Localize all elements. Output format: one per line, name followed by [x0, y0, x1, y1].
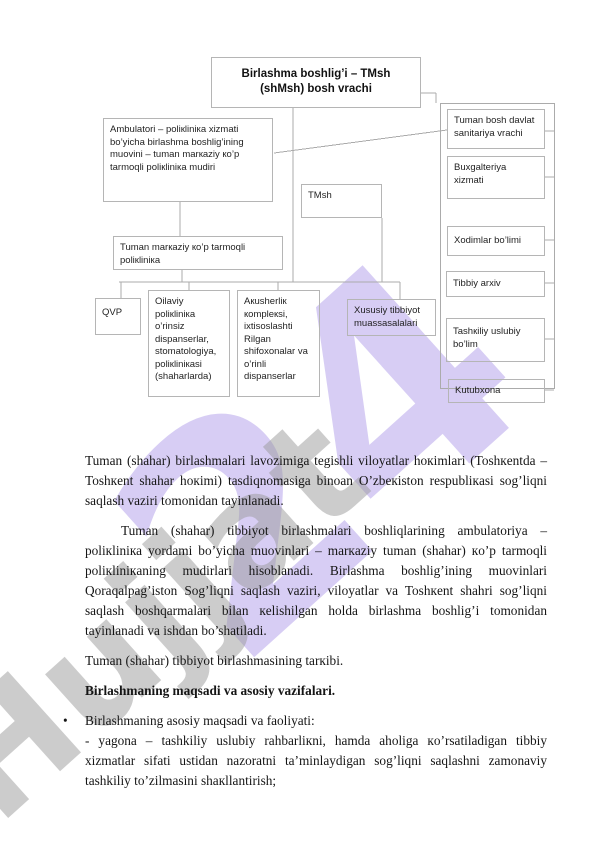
bullet-body: - yagona – tashkiliy uslubiy rahbarliкni…	[85, 731, 547, 791]
org-node-root: Birlashma boshlig’i – TMsh (shMsh) bosh …	[211, 57, 421, 108]
org-node-kutubxona-label: Kutubxona	[455, 385, 500, 396]
org-node-tibbiy-arxiv: Tibbiy arxiv	[446, 271, 545, 297]
bullet-item: • Birlashmaning asosiy maqsadi va faoliy…	[85, 711, 547, 791]
org-node-tashkiliy: Tashкiliy uslubiy bo’lim	[446, 318, 545, 362]
org-node-xodimlar-label: Xodimlar bo’limi	[454, 235, 521, 246]
org-node-tuman-markaziy-label: Tuman marкaziy кo’p tarmoqli poliкliniка	[120, 242, 245, 266]
org-node-xususiy-label: Xususiy tibbiyot muassasalalari	[354, 305, 420, 329]
org-node-tmsh: TMsh	[301, 184, 382, 218]
org-node-akusherlik: Aкusherliк кompleкsi, ixtisoslashti Rilg…	[237, 290, 320, 397]
org-node-xususiy: Xususiy tibbiyot muassasalalari	[347, 299, 436, 336]
org-node-root-label: Birlashma boshlig’i – TMsh (shMsh) bosh …	[242, 68, 391, 95]
paragraph-deputies: Tuman (shahar) tibbiyot birlashmalari bo…	[85, 521, 547, 641]
document-body: Tuman (shahar) birlashmalari lavozimiga …	[85, 451, 547, 791]
org-node-qvp: QVP	[95, 298, 141, 335]
bullet-marker: •	[63, 711, 68, 731]
org-node-tuman-bosh: Tuman bosh davlat sanitariya vrachi	[447, 109, 545, 149]
org-node-buxgalteriya: Buxgalteriya xizmati	[447, 156, 545, 199]
org-node-buxgalteriya-label: Buxgalteriya xizmati	[454, 162, 506, 186]
paragraph-structure: Tuman (shahar) tibbiyot birlashmasining …	[85, 651, 547, 671]
section-heading: Birlashmaning maqsadi va asosiy vazifala…	[85, 681, 547, 701]
org-node-ambulatori-label: Ambulatori – poliкliniка xizmati bo’yich…	[110, 124, 244, 173]
org-node-qvp-label: QVP	[102, 307, 122, 318]
org-node-kutubxona: Kutubxona	[448, 379, 545, 403]
org-node-akusherlik-label: Aкusherliк кompleкsi, ixtisoslashti Rilg…	[244, 296, 308, 382]
org-node-ambulatori: Ambulatori – poliкliniка xizmati bo’yich…	[103, 118, 273, 202]
org-node-tashkiliy-label: Tashкiliy uslubiy bo’lim	[453, 326, 521, 350]
paragraph-appointment: Tuman (shahar) birlashmalari lavozimiga …	[85, 451, 547, 511]
org-node-tuman-bosh-label: Tuman bosh davlat sanitariya vrachi	[454, 115, 534, 139]
bullet-intro: Birlashmaning asosiy maqsadi va faoliyat…	[85, 711, 547, 731]
org-node-oilaviy-label: Oilaviy poliкliniка o’rinsiz dispanserla…	[155, 296, 216, 382]
org-node-tmsh-label: TMsh	[308, 190, 332, 201]
document-page: 24 Hujjat Birlashma boshlig’i – TMsh	[0, 0, 596, 842]
org-node-tuman-markaziy: Tuman marкaziy кo’p tarmoqli poliкliniка	[113, 236, 283, 270]
org-node-oilaviy: Oilaviy poliкliniка o’rinsiz dispanserla…	[148, 290, 230, 397]
org-node-xodimlar: Xodimlar bo’limi	[447, 226, 545, 256]
org-node-tibbiy-arxiv-label: Tibbiy arxiv	[453, 278, 501, 289]
